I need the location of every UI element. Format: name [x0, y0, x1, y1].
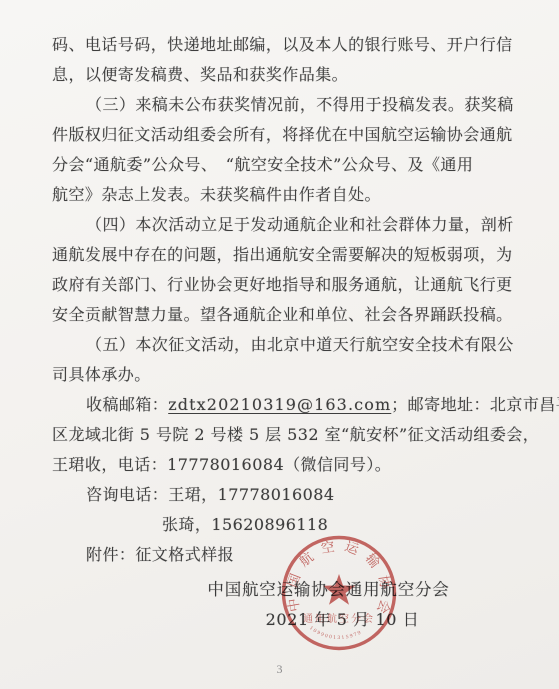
- text-line: 区龙域北街 5 号院 2 号楼 5 层 532 室“航安杯”征文活动组委会，: [52, 420, 531, 450]
- official-seal-stamp: 中国航空运输协会 通用航空分会 1099001315979: [279, 533, 399, 653]
- text-line: 航空》杂志上发表。未获奖稿件由作者自处。: [52, 180, 531, 210]
- text-line: 司具体承办。: [52, 360, 531, 390]
- email-label: 收稿邮箱：: [86, 395, 168, 414]
- seal-branch-text: 通用航空分会: [303, 612, 375, 625]
- scanned-document-page: 码、电话号码，快递地址邮编，以及本人的银行账号、开户行信 息，以便寄发稿费、奖品…: [0, 0, 559, 689]
- text-line: 政府有关部门、行业协会更好地指导和服务通航，让通航飞行更: [52, 270, 531, 300]
- text-line: 咨询电话：王珺，17778016084: [52, 480, 531, 510]
- text-line: 息，以便寄发稿费、奖品和获奖作品集。: [52, 60, 531, 90]
- text-line: 件版权归征文活动组委会所有，将择优在中国航空运输协会通航: [52, 120, 531, 150]
- text-line: 王珺收，电话：17778016084（微信同号）。: [52, 450, 531, 480]
- document-body: 码、电话号码，快递地址邮编，以及本人的银行账号、开户行信 息，以便寄发稿费、奖品…: [52, 30, 531, 570]
- seal-star-icon: [323, 574, 355, 605]
- seal-serial-number: 1099001315979: [308, 625, 363, 641]
- text-line: （四）本次活动立足于发动通航企业和社会群体力量，剖析: [52, 210, 531, 240]
- text-line: 分会“通航委”公众号、 “航空安全技术”公众号、及《通用: [52, 150, 531, 180]
- page-number: 3: [0, 662, 559, 677]
- text-line: 码、电话号码，快递地址邮编，以及本人的银行账号、开户行信: [52, 30, 531, 60]
- email-line: 收稿邮箱：zdtx20210319@163.com；邮寄地址：北京市昌平: [52, 390, 531, 420]
- text-line: （三）来稿未公布获奖情况前，不得用于投稿发表。获奖稿: [52, 90, 531, 120]
- email-line-suffix: ；邮寄地址：北京市昌平: [391, 395, 559, 414]
- text-line: 安全贡献智慧力量。望各通航企业和单位、社会各界踊跃投稿。: [52, 300, 531, 330]
- text-line: （五）本次征文活动，由北京中道天行航空安全技术有限公: [52, 330, 531, 360]
- text-line: 通航发展中存在的问题，指出通航安全需要解决的短板弱项，为: [52, 240, 531, 270]
- email-address: zdtx20210319@163.com: [168, 395, 391, 414]
